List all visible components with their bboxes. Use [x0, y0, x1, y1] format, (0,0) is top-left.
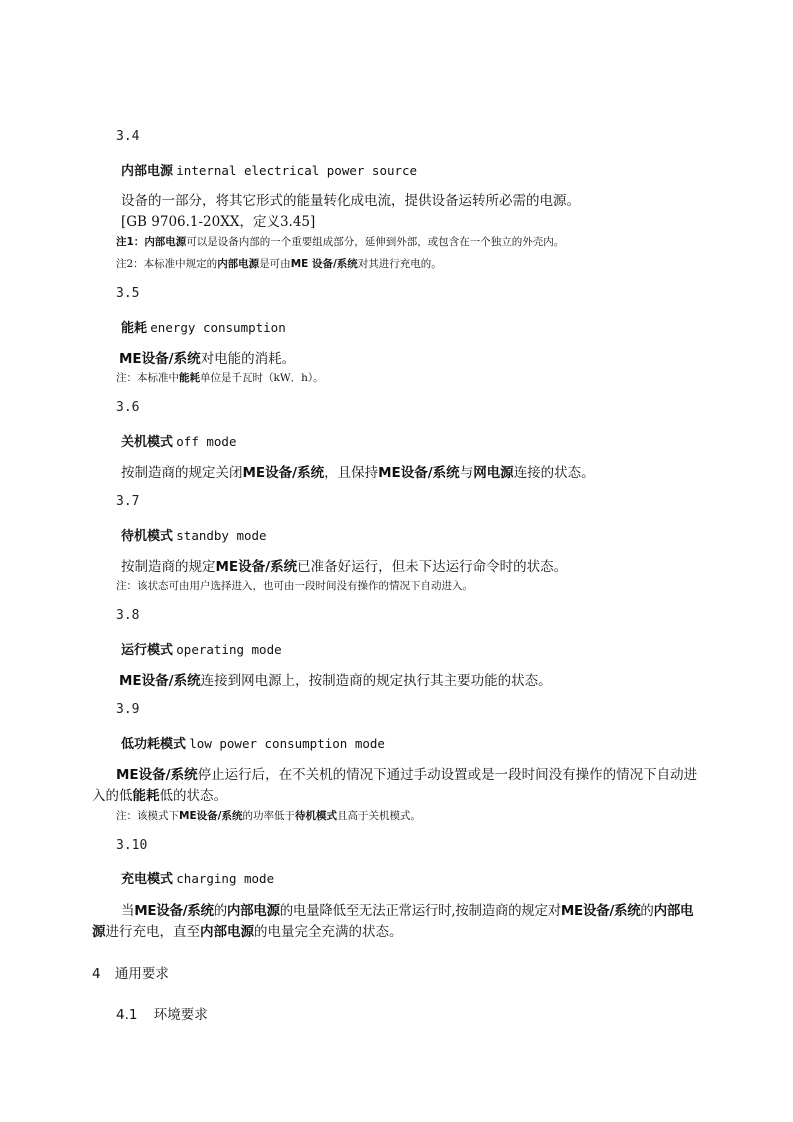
term-ref: ME设备/系统	[243, 465, 325, 481]
term-heading-3-10: 充电模式 charging mode	[121, 868, 274, 887]
term-heading-3-4: 内部电源 internal electrical power source	[121, 160, 417, 179]
definition-3-5: ME设备/系统对电能的消耗。	[119, 347, 295, 367]
section-title: 环境要求	[154, 1007, 208, 1023]
note-2-3-4: 注2：本标准中规定的内部电源是可由ME 设备/系统对其进行充电的。	[116, 256, 442, 271]
term-ref: 内部电源	[144, 236, 186, 248]
term-ref: 待机模式	[295, 810, 337, 822]
term-heading-3-8: 运行模式 operating mode	[121, 639, 282, 658]
term-en: standby mode	[176, 528, 266, 543]
term-ref: 内部电源	[200, 924, 254, 940]
definition-3-6: 按制造商的规定关闭ME设备/系统，且保持ME设备/系统与网电源连接的状态。	[121, 461, 595, 481]
term-ref: ME设备/系统	[116, 767, 198, 783]
note-3-9: 注：该模式下ME设备/系统的功率低于待机模式且高于关机模式。	[116, 808, 421, 823]
note-3-5: 注：本标准中能耗单位是千瓦时（kW．h）。	[116, 370, 324, 385]
term-ref: ME设备/系统	[119, 351, 201, 367]
term-ref: 内部电	[654, 903, 694, 919]
section-number-3-7: 3.7	[116, 494, 139, 509]
term-ref: ME 设备/系统	[291, 258, 358, 270]
term-ref: 能耗	[179, 372, 200, 384]
section-number-3-5: 3.5	[116, 286, 139, 301]
term-heading-3-9: 低功耗模式 low power consumption mode	[121, 733, 385, 752]
chapter-heading-4: 4 通用要求	[92, 962, 169, 982]
section-heading-4-1: 4.1 环境要求	[116, 1003, 208, 1023]
term-zh: 内部电源	[121, 164, 173, 179]
section-number-3-4: 3.4	[116, 129, 139, 144]
term-en: off mode	[176, 434, 236, 449]
term-en: energy consumption	[150, 320, 285, 335]
section-number-3-8: 3.8	[116, 608, 139, 623]
term-zh: 能耗	[121, 321, 147, 336]
definition-3-9-line-2: 入的低能耗低的状态。	[92, 784, 227, 804]
term-ref: ME设备/系统	[119, 673, 201, 689]
term-heading-3-7: 待机模式 standby mode	[121, 525, 267, 544]
term-ref: 源	[92, 924, 106, 940]
definition-3-4: 设备的一部分，将其它形式的能量转化成电流，提供设备运转所必需的电源。	[121, 189, 580, 209]
term-ref: ME设备/系统	[179, 810, 242, 822]
term-zh: 关机模式	[121, 435, 173, 450]
term-ref: 能耗	[133, 788, 160, 804]
section-number-3-10: 3.10	[116, 838, 147, 853]
term-ref: 网电源	[473, 465, 514, 481]
term-ref: 内部电源	[227, 903, 280, 919]
reference-3-4: [GB 9706.1-20XX，定义3.45]	[121, 210, 315, 230]
definition-3-10-line-2: 源进行充电，直至内部电源的电量完全充满的状态。	[92, 920, 403, 940]
definition-3-7: 按制造商的规定ME设备/系统已准备好运行，但未下达运行命令时的状态。	[121, 555, 567, 575]
definition-3-8: ME设备/系统连接到网电源上，按制造商的规定执行其主要功能的状态。	[119, 669, 552, 689]
term-en: charging mode	[176, 871, 274, 886]
term-zh: 充电模式	[121, 872, 173, 887]
term-heading-3-6: 关机模式 off mode	[121, 431, 236, 450]
note-3-7: 注：该状态可由用户选择进入，也可由一段时间没有操作的情况下自动进入。	[116, 578, 473, 593]
note-1-3-4: 注1：内部电源可以是设备内部的一个重要组成部分，延伸到外部，或包含在一个独立的外…	[116, 234, 564, 249]
definition-3-10-line-1: 当ME设备/系统的内部电源的电量降低至无法正常运行时,按制造商的规定对ME设备/…	[121, 899, 693, 919]
term-ref: ME设备/系统	[561, 903, 641, 919]
term-en: internal electrical power source	[176, 163, 417, 178]
term-heading-3-5: 能耗 energy consumption	[121, 317, 286, 336]
term-en: operating mode	[176, 642, 281, 657]
term-ref: ME设备/系统	[134, 903, 214, 919]
term-zh: 运行模式	[121, 643, 173, 658]
term-zh: 低功耗模式	[121, 737, 186, 752]
term-ref: 内部电源	[217, 258, 259, 270]
term-zh: 待机模式	[121, 529, 173, 544]
term-ref: ME设备/系统	[378, 465, 460, 481]
term-en: low power consumption mode	[189, 736, 385, 751]
chapter-number: 4	[92, 966, 101, 982]
definition-3-9-line-1: ME设备/系统停止运行后，在不关机的情况下通过手动设置或是一段时间没有操作的情况…	[116, 763, 697, 783]
term-ref: ME设备/系统	[216, 559, 298, 575]
chapter-title: 通用要求	[115, 966, 169, 982]
section-number-3-6: 3.6	[116, 400, 139, 415]
section-number: 4.1	[116, 1007, 137, 1023]
section-number-3-9: 3.9	[116, 702, 139, 717]
